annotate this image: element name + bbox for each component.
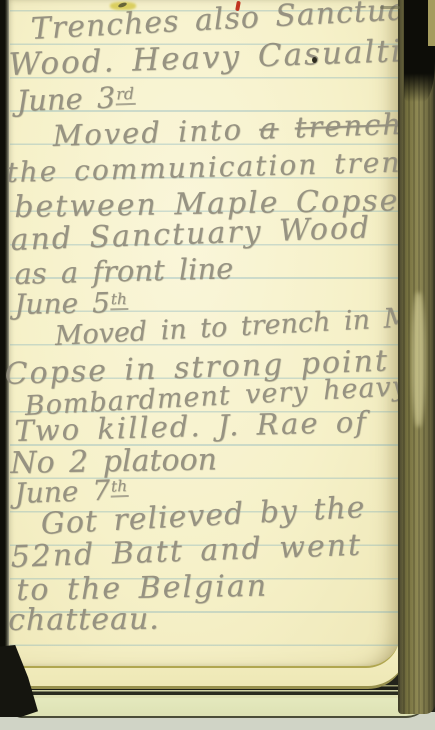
- diary-line-3-date: June 3rd: [16, 80, 136, 118]
- date-text: June 5: [14, 286, 110, 321]
- pencil-dash: [380, 6, 400, 9]
- struck-word-trench: trench: [294, 107, 403, 145]
- right-binding-sliver: [428, 0, 435, 46]
- notebook-photo: Trenches also Sanctuary Wood. Heavy Casu…: [0, 0, 435, 730]
- line-4-text: Moved into: [52, 112, 244, 153]
- date-ordinal-suffix: rd: [115, 84, 136, 106]
- ink-speck: [312, 57, 317, 63]
- diary-line-19: chatteau.: [8, 602, 160, 638]
- diary-line-9-date: June 5th: [14, 286, 128, 321]
- struck-word-a: a: [259, 111, 279, 146]
- date-ordinal-suffix: th: [110, 290, 128, 310]
- handwriting-block: Trenches also Sanctuary Wood. Heavy Casu…: [0, 0, 435, 666]
- date-ordinal-suffix: th: [110, 477, 129, 498]
- date-text: June 3: [16, 81, 116, 118]
- diary-line-8: as a front line: [14, 251, 234, 291]
- page-edge-highlight: [412, 292, 425, 427]
